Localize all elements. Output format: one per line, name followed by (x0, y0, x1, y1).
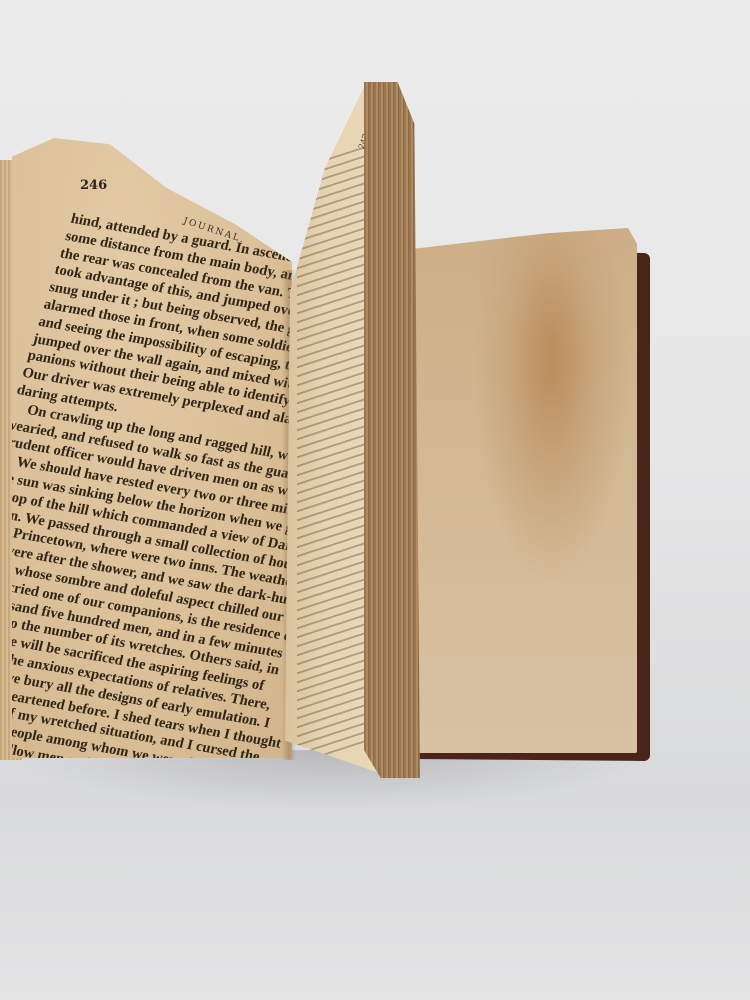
page-text: hind, attended by a guard. In ascending … (12, 200, 292, 758)
photo-scene: 246 JOURNAL. hind, attended by a guard. … (0, 0, 750, 1000)
left-page: 246 JOURNAL. hind, attended by a guard. … (12, 138, 292, 758)
closed-page-stained (412, 228, 637, 753)
page-block-fore-edge (364, 82, 420, 778)
page-number: 246 (80, 178, 107, 193)
